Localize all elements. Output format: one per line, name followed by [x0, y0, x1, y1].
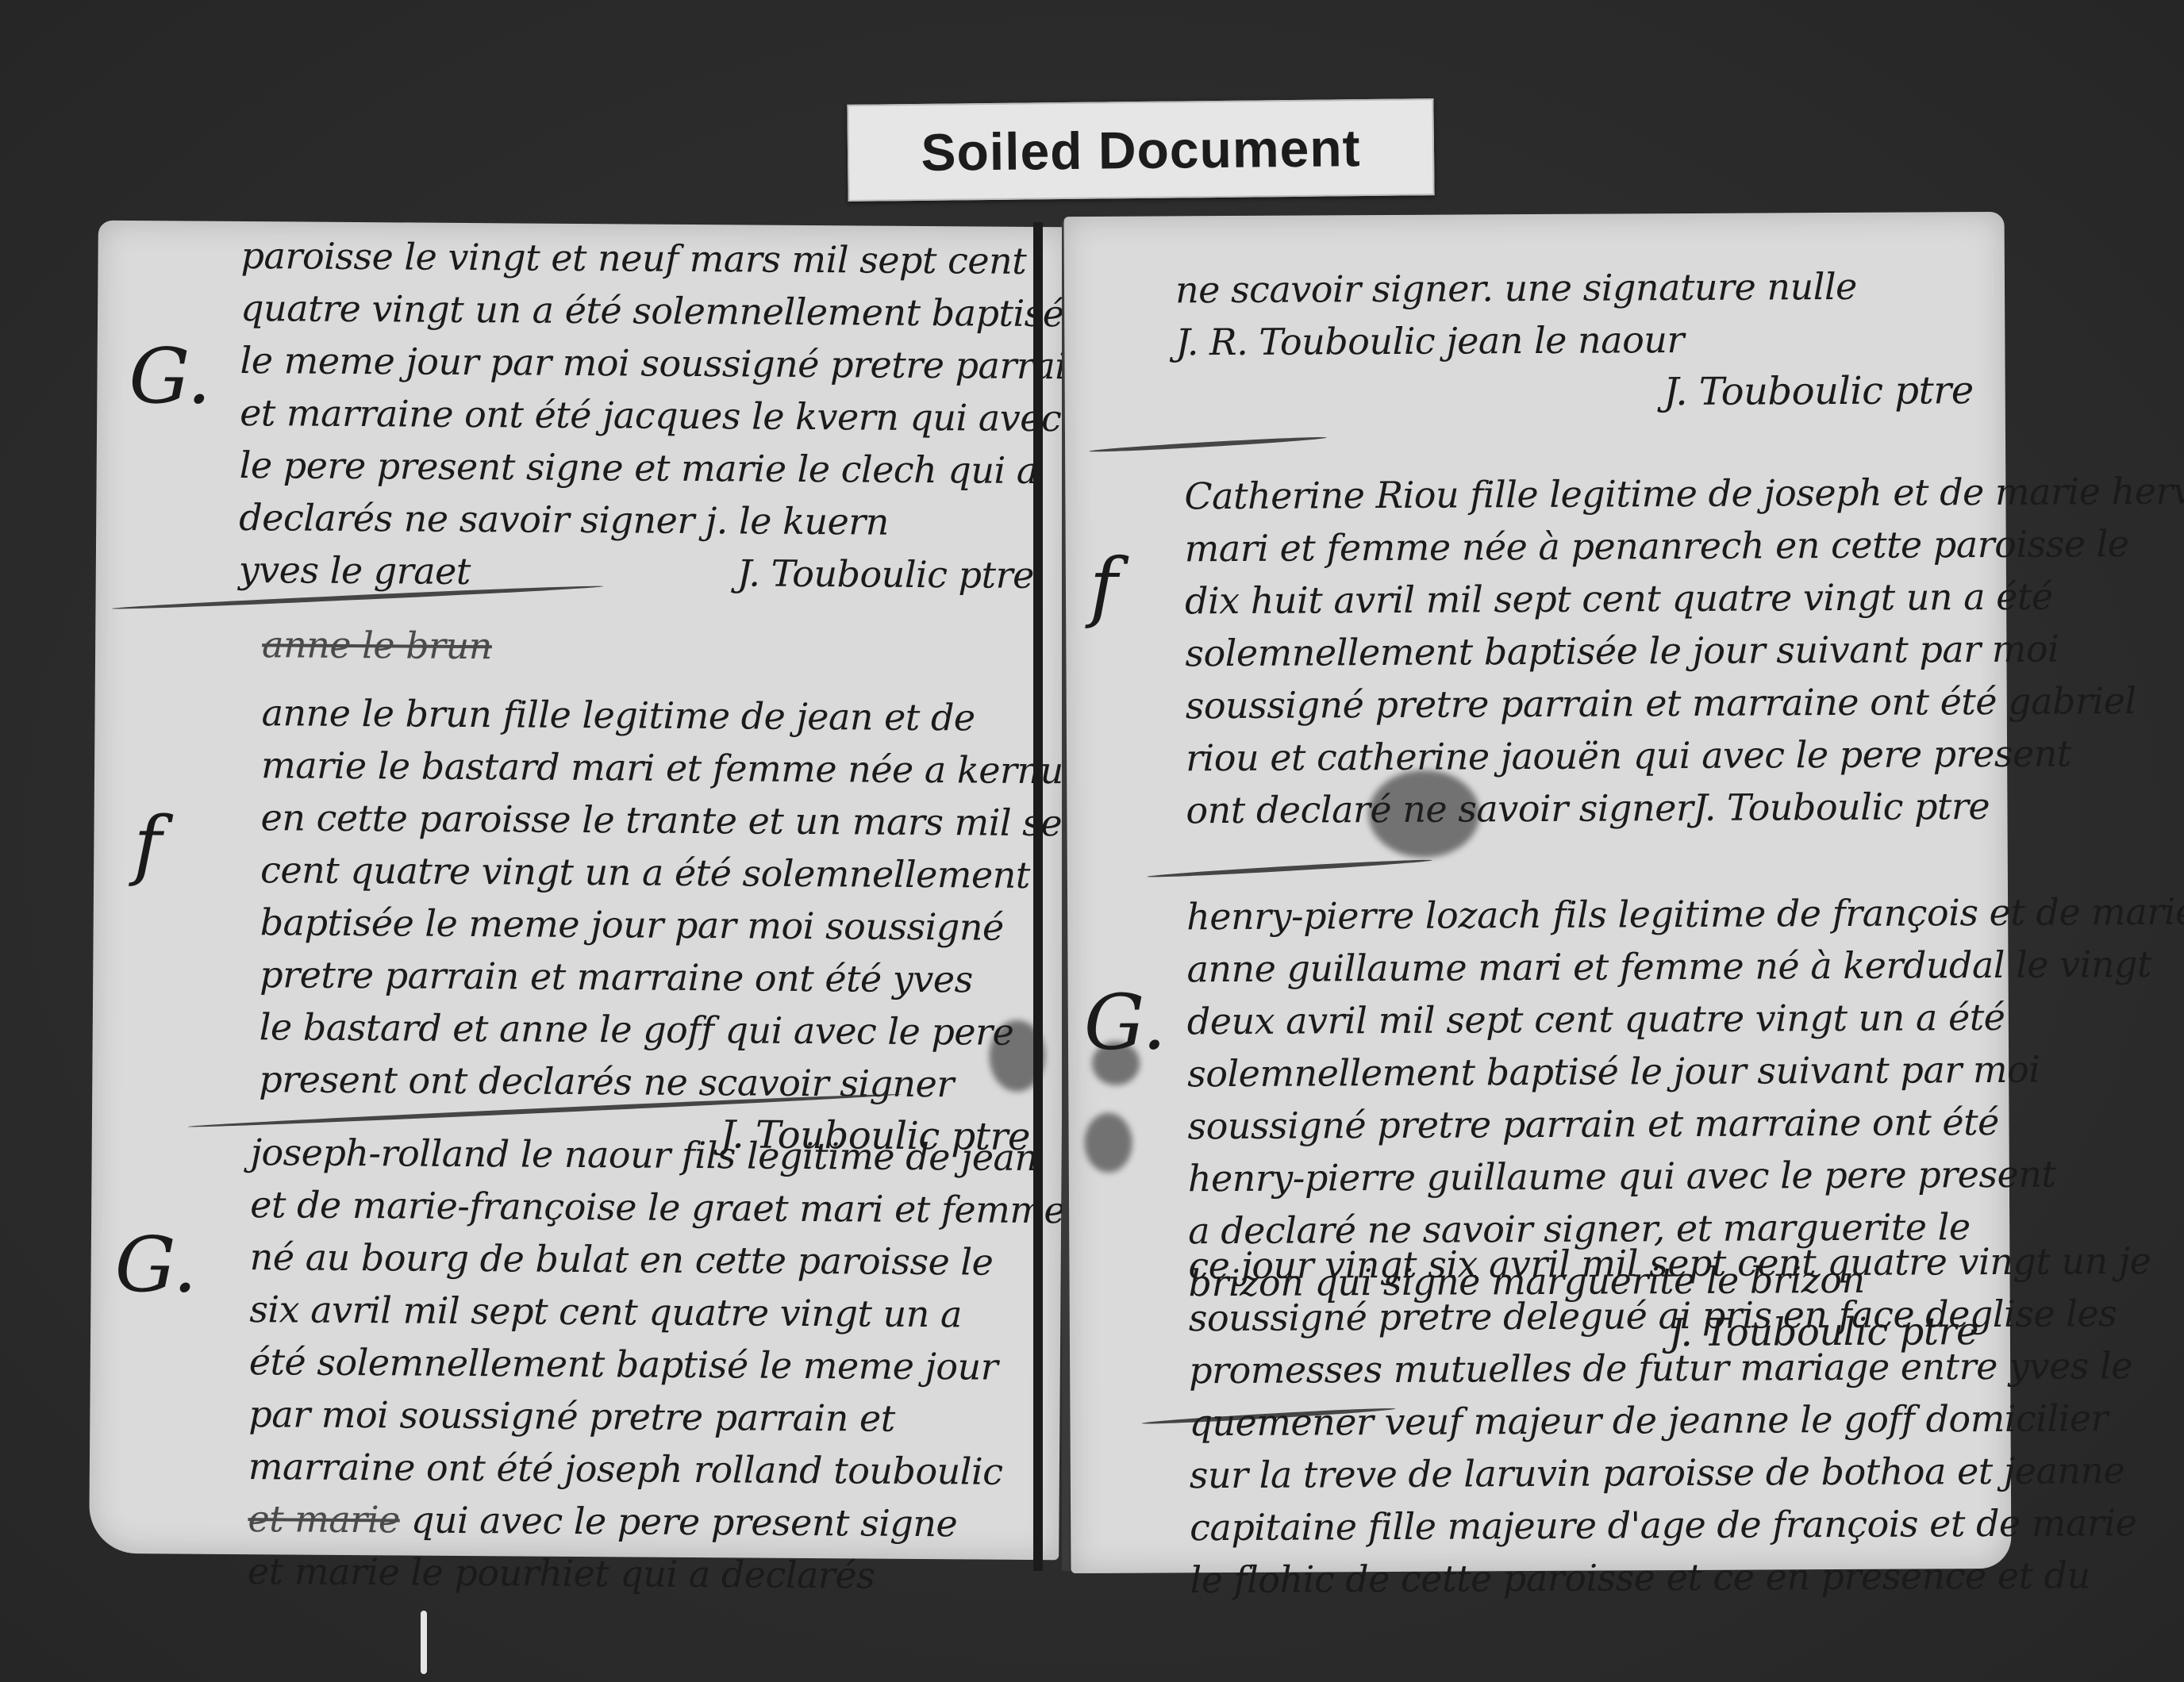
entry-line: soussigné pretre delegué ai pris en face… — [1189, 1288, 2010, 1344]
struck-heading: anne le brun — [95, 617, 1065, 677]
entry-line: en cette paroisse le trante et un mars m… — [260, 791, 1063, 849]
soiled-document-label: Soiled Document — [847, 98, 1434, 202]
entry-line: six avril mil sept cent quatre vingt un … — [249, 1283, 1060, 1341]
divider-flourish — [1147, 858, 1432, 879]
entry-line: solemnellement baptisé le jour suivant p… — [1187, 1043, 2009, 1100]
entry-line: sur la treve de laruvin paroisse de both… — [1190, 1445, 2011, 1501]
entry-line: yves le graet — [239, 543, 471, 597]
priest-signature: J. Touboulic ptre — [1065, 364, 2005, 421]
entry-line: été solemnellement baptisé le meme jour — [249, 1335, 1060, 1393]
entry-line: qui avec le pere present signe — [411, 1499, 958, 1546]
margin-mark: f — [1090, 542, 1118, 631]
entry-line: solemnellement baptisée le jour suivant … — [1185, 623, 2006, 679]
entry-line: et marie le pourhiet qui a declarés — [248, 1545, 1059, 1603]
register-entry: ne scavoir signer. une signature nulle J… — [1064, 259, 2005, 421]
priest-signature: J. Touboulic ptre — [737, 547, 1034, 601]
margin-mark: G. — [129, 332, 212, 421]
scan-artifact-mark — [421, 1611, 427, 1674]
entry-line: soussigné pretre parrain et marraine ont… — [1186, 675, 2007, 732]
entry-line: le pere present signe et marie le clech … — [240, 439, 1067, 497]
entry-line: promesses mutuelles de futur mariage ent… — [1189, 1340, 2010, 1396]
margin-mark: G. — [114, 1220, 198, 1310]
signatures-line: J. R. Touboulic jean le naour — [1175, 312, 2005, 368]
entry-line: cent quatre vingt un a été solemnellemen… — [260, 843, 1063, 901]
register-entry: G. joseph-rolland le naour fils legitime… — [89, 1125, 1062, 1603]
entry-line: baptisée le meme jour par moi soussigné — [260, 896, 1063, 954]
entry-line: marie le bastard mari et femme née a ker… — [261, 739, 1064, 797]
book-gutter — [1033, 222, 1043, 1571]
register-entry: anne le brun f anne le brun fille legiti… — [92, 617, 1066, 1164]
entry-line: anne le brun fille legitime de jean et d… — [261, 686, 1064, 744]
ink-stain — [1084, 1113, 1132, 1173]
priest-signature: J. Touboulic ptre — [1693, 780, 1990, 834]
entry-line: dix huit avril mil sept cent quatre ving… — [1185, 570, 2006, 627]
entry-line: ce jour vingt six avril mil sept cent qu… — [1188, 1235, 2009, 1292]
entry-line: le flohic de cette paroisse et ce en pre… — [1190, 1550, 2011, 1606]
right-page: ne scavoir signer. une signature nulle J… — [1064, 212, 2012, 1573]
ink-stain — [1368, 770, 1480, 858]
entry-line: quatre vingt un a été solemnellement bap… — [240, 282, 1067, 340]
entry-line: joseph-rolland le naour fils legitime de… — [250, 1126, 1061, 1184]
entry-line: marraine ont été joseph rolland toubouli… — [248, 1440, 1059, 1498]
margin-mark: f — [133, 800, 162, 889]
entry-line: Catherine Riou fille legitime de joseph … — [1184, 466, 2005, 522]
ink-stain — [1092, 1042, 1140, 1085]
divider-flourish — [1089, 436, 1327, 454]
entry-line: mari et femme née à penanrech en cette p… — [1185, 518, 2006, 574]
entry-line: capitaine fille majeure d'age de françoi… — [1190, 1497, 2011, 1553]
entry-line: paroisse le vingt et neuf mars mil sept … — [240, 229, 1067, 287]
entry-line: declarés ne savoir signer j. le kuern — [239, 491, 1066, 549]
entry-line: né au bourg de bulat en cette paroisse l… — [250, 1231, 1061, 1288]
register-entry: ce jour vingt six avril mil sept cent qu… — [1069, 1235, 2011, 1607]
register-entry: G. paroisse le vingt et neuf mars mil se… — [96, 228, 1068, 602]
register-entry: f Catherine Riou fille legitime de josep… — [1065, 466, 2007, 837]
struck-word: et marie — [248, 1497, 400, 1541]
entry-line: pretre parrain et marraine ont été yves — [260, 948, 1063, 1006]
left-page: G. paroisse le vingt et neuf mars mil se… — [89, 221, 1068, 1560]
entry-line: riou et catherine jaouën qui avec le per… — [1186, 728, 2007, 784]
entry-line: le meme jour par moi soussigné pretre pa… — [240, 334, 1067, 392]
entry-line: et marraine ont été jacques le kvern qui… — [240, 386, 1067, 444]
entry-line: anne guillaume mari et femme né à kerdud… — [1186, 939, 2008, 995]
entry-line: le bastard et anne le goff qui avec le p… — [260, 1000, 1063, 1058]
entry-line: soussigné pretre parrain et marraine ont… — [1187, 1096, 2009, 1152]
entry-line: ne scavoir signer. une signature nulle — [1175, 259, 2005, 316]
entry-line: henry-pierre guillaume qui avec le pere … — [1188, 1148, 2009, 1204]
label-text: Soiled Document — [921, 117, 1361, 182]
entry-line: deux avril mil sept cent quatre vingt un… — [1187, 991, 2009, 1047]
entry-line: quemener veuf majeur de jeanne le goff d… — [1189, 1392, 2010, 1449]
entry-line: par moi soussigné pretre parrain et — [248, 1388, 1059, 1446]
entry-line: henry-pierre lozach fils legitime de fra… — [1186, 886, 2008, 943]
entry-line: et de marie-françoise le graet mari et f… — [250, 1178, 1061, 1236]
